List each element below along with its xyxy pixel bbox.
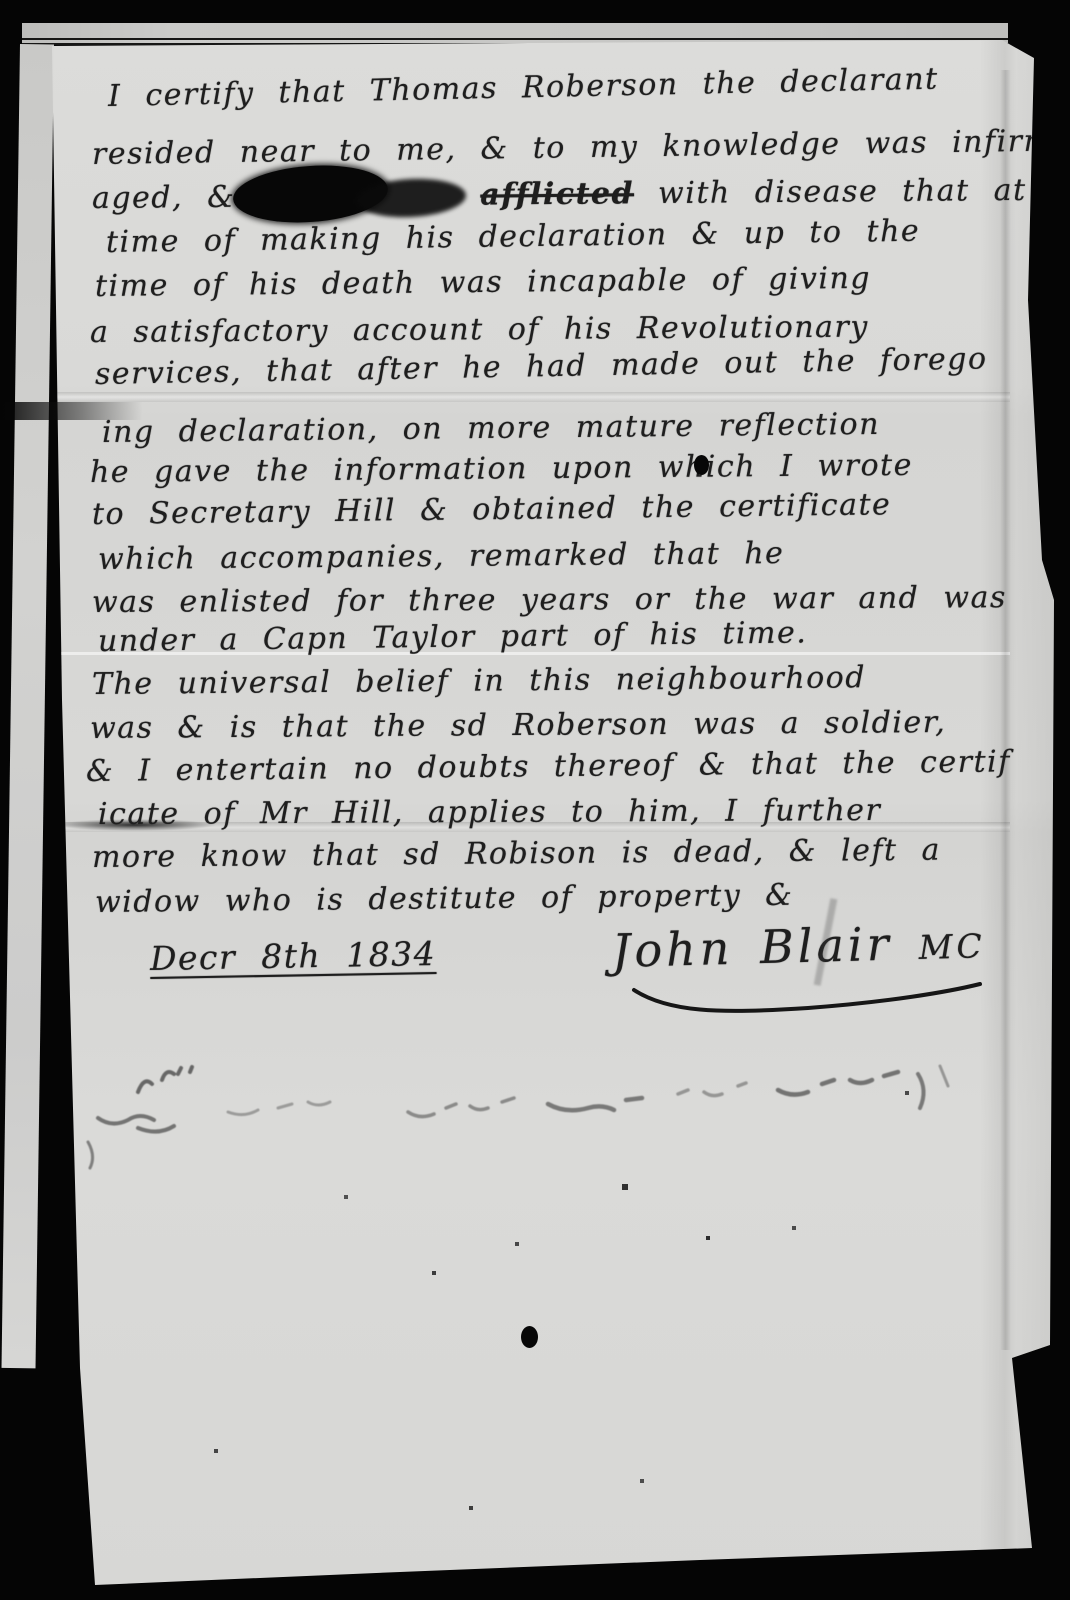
handwritten-line: he gave the information upon which I wro…	[90, 451, 913, 488]
struck-word: afflicted	[480, 176, 634, 212]
date-line: Decr 8th 1834	[150, 937, 437, 975]
handwritten-line: The universal belief in this neighbourho…	[92, 663, 866, 700]
line-segment: aged, &	[92, 180, 236, 216]
adjacent-page-edge-left	[2, 44, 54, 1368]
handwritten-line: was & is that the sd Roberson was a sold…	[90, 708, 946, 744]
signature-name: John Blair	[611, 917, 893, 978]
handwritten-line: under a Capn Taylor part of his time.	[98, 618, 808, 657]
handwritten-line: icate of Mr Hill, applies to him, I furt…	[98, 796, 881, 830]
scanned-document: I certify that Thomas Roberson the decla…	[0, 0, 1070, 1600]
handwritten-line: to Secretary Hill & obtained the certifi…	[92, 490, 892, 530]
line-segment: with disease that at the	[658, 172, 1070, 211]
handwritten-line: more know that sd Robison is dead, & lef…	[92, 836, 941, 873]
edge-smudge	[0, 402, 150, 420]
handwritten-line: time of making his declaration & up to t…	[106, 217, 921, 258]
ink-dot	[694, 455, 709, 475]
handwritten-line: ing declaration, on more mature reflecti…	[102, 410, 880, 448]
bleed-through-marks	[78, 1050, 968, 1170]
signature-flourish	[628, 982, 988, 1016]
handwritten-line: resided near to me, & to my knowledge wa…	[92, 127, 1054, 170]
punch-hole	[521, 1326, 538, 1348]
handwritten-line: time of his death was incapable of givin…	[95, 264, 871, 302]
handwritten-line: was enlisted for three years or the war …	[92, 583, 1007, 618]
paper-speckles	[0, 0, 2, 2]
fold-crease-upper	[50, 392, 1010, 402]
handwritten-line: a satisfactory account of his Revolution…	[90, 313, 869, 348]
handwritten-line: widow who is destitute of property &	[95, 881, 794, 918]
document-page: I certify that Thomas Roberson the decla…	[0, 0, 1070, 1600]
handwritten-line: I certify that Thomas Roberson the decla…	[108, 65, 939, 112]
signature-suffix: MC	[918, 926, 986, 967]
handwritten-line: services, that after he had made out the…	[95, 344, 988, 390]
handwritten-line: which accompanies, remarked that he	[98, 539, 785, 575]
signature: John BlairMC	[611, 918, 986, 974]
fold-crease-vertical	[1000, 70, 1011, 1350]
handwritten-line: & I entertain no doubts thereof & that t…	[86, 747, 1011, 787]
